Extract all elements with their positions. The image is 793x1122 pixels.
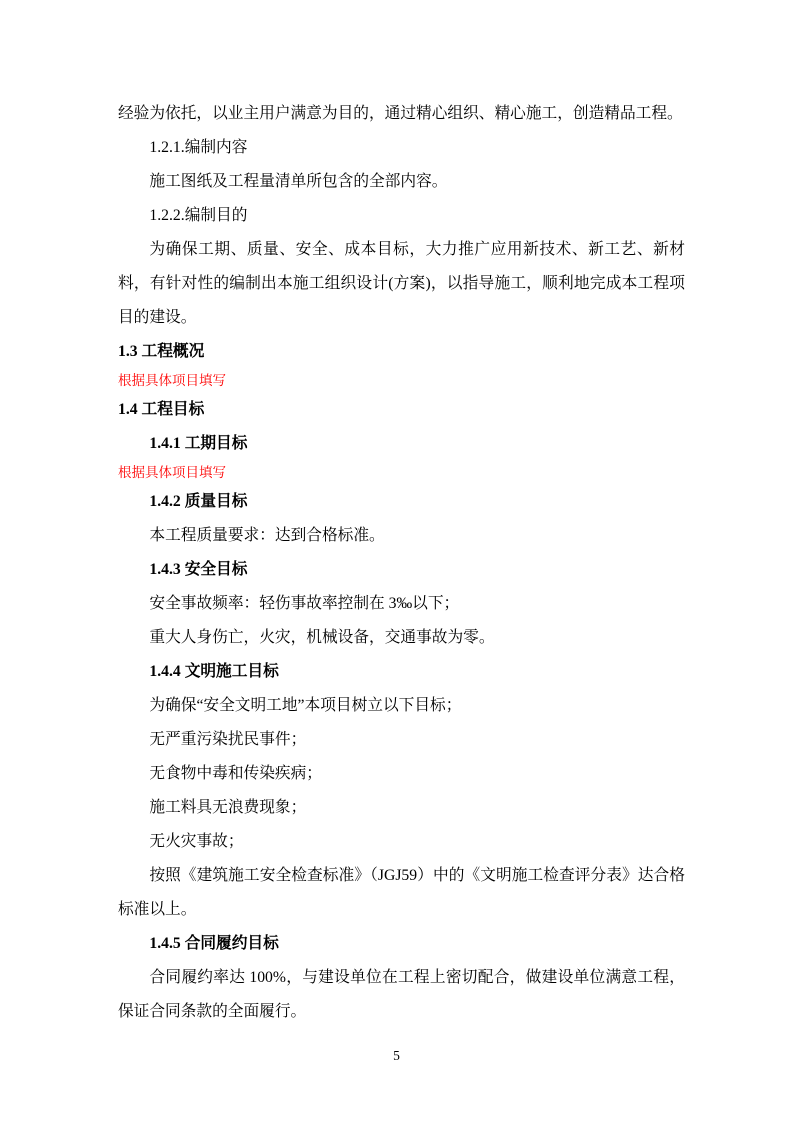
paragraph: 施工料具无浪费现象； — [118, 791, 685, 825]
paragraph: 本工程质量要求：达到合格标准。 — [118, 519, 685, 553]
placeholder-note: 根据具体项目填写 — [118, 369, 685, 393]
paragraph: 按照《建筑施工安全检查标准》（JGJ59）中的《文明施工检查评分表》达合格标准以… — [118, 859, 685, 927]
paragraph: 无严重污染扰民事件； — [118, 723, 685, 757]
numbered-subheading: 1.2.2.编制目的 — [118, 199, 685, 233]
subsection-heading: 1.4.4 文明施工目标 — [118, 655, 685, 689]
paragraph: 重大人身伤亡，火灾，机械设备，交通事故为零。 — [118, 621, 685, 655]
subsection-heading: 1.4.1 工期目标 — [118, 427, 685, 461]
placeholder-note: 根据具体项目填写 — [118, 461, 685, 485]
page-number: 5 — [0, 1048, 793, 1064]
paragraph: 无食物中毒和传染疾病； — [118, 757, 685, 791]
paragraph: 施工图纸及工程量清单所包含的全部内容。 — [118, 165, 685, 199]
subsection-heading: 1.4.3 安全目标 — [118, 553, 685, 587]
document-page: 经验为依托，以业主用户满意为目的，通过精心组织、精心施工，创造精品工程。 1.2… — [0, 0, 793, 1122]
numbered-subheading: 1.2.1.编制内容 — [118, 131, 685, 165]
paragraph: 安全事故频率：轻伤事故率控制在 3‰以下； — [118, 587, 685, 621]
paragraph: 为确保工期、质量、安全、成本目标，大力推广应用新技术、新工艺、新材料，有针对性的… — [118, 233, 685, 335]
paragraph: 为确保“安全文明工地”本项目树立以下目标； — [118, 689, 685, 723]
section-heading: 1.4 工程目标 — [118, 393, 685, 427]
paragraph: 合同履约率达 100%，与建设单位在工程上密切配合，做建设单位满意工程，保证合同… — [118, 961, 685, 1029]
section-heading: 1.3 工程概况 — [118, 335, 685, 369]
document-body: 经验为依托，以业主用户满意为目的，通过精心组织、精心施工，创造精品工程。 1.2… — [118, 97, 685, 1029]
paragraph: 无火灾事故； — [118, 825, 685, 859]
paragraph-continuation: 经验为依托，以业主用户满意为目的，通过精心组织、精心施工，创造精品工程。 — [118, 97, 685, 131]
subsection-heading: 1.4.5 合同履约目标 — [118, 927, 685, 961]
subsection-heading: 1.4.2 质量目标 — [118, 485, 685, 519]
